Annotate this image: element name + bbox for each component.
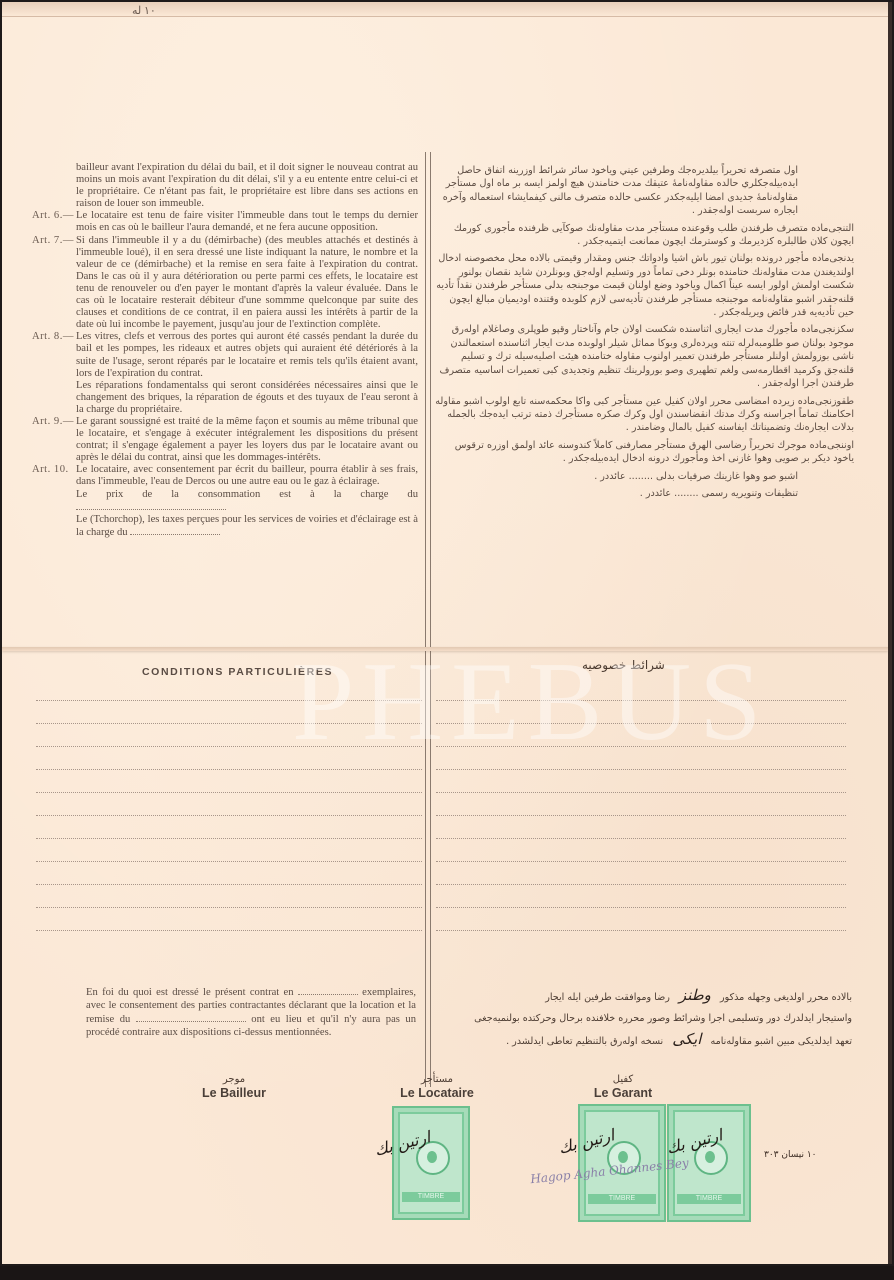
writing-line-ottoman[interactable]	[436, 861, 846, 862]
article-number: Art. 8.—	[32, 331, 76, 416]
handwritten-fill-copies: ايكی	[666, 1029, 707, 1050]
article-6: Art. 6.— Le locataire est tenu de faire …	[32, 210, 418, 234]
margin-date-note: ١٠ نيسان ٣٠٣	[764, 1150, 817, 1160]
stamp-label: TIMBRE	[588, 1194, 656, 1204]
ottoman-article-9: طقوزنجی‌ماده زيرده امضاسی محرر اولان كفي…	[434, 395, 854, 435]
article-8-extra: Les réparations fondamentalss qui seront…	[76, 380, 418, 415]
article-text: Les vitres, clefs et verrous des portes …	[76, 331, 418, 416]
article-text: Le locataire, avec consentement par écri…	[76, 464, 418, 539]
closing-tr-text: بالاده محرر اولديغی وجهله مذكور	[720, 992, 852, 1003]
article-8: Art. 8.— Les vitres, clefs et verrous de…	[32, 331, 418, 416]
writing-line-french[interactable]	[36, 884, 422, 885]
closing-tr-line2: واستيجار ايدلدرك دور وتسليمی اجرا وشرائط…	[442, 1008, 852, 1029]
article-label: التنجی‌ماده	[811, 223, 854, 234]
article-label: طقوزنجی‌ماده	[798, 396, 854, 407]
writing-line-ottoman[interactable]	[436, 723, 846, 724]
article-7: Art. 7.— Si dans l'immeuble il y a du (d…	[32, 235, 418, 332]
ottoman-article-6: التنجی‌ماده متصرف طرفندن طلب وقوعنده مست…	[434, 222, 854, 249]
article-text: مأجورك مدت ايجاری اثناسنده شكست اولان جا…	[439, 324, 854, 389]
writing-line-french[interactable]	[36, 815, 422, 816]
article-9: Art. 9.— Le garant soussigné est traité …	[32, 416, 418, 464]
intro-paragraph: bailleur avant l'expiration du délai du …	[32, 162, 418, 210]
closing-tr-text: نسخه اوله‌رق بالتنظيم تعاطی ايدلشدر .	[506, 1036, 663, 1047]
watermark: PHEBUS	[292, 638, 769, 767]
blank-field-remise[interactable]	[136, 1013, 246, 1022]
signature-bailleur: موجر Le Bailleur	[174, 1074, 294, 1100]
article-10: Art. 10. Le locataire, avec consentement…	[32, 464, 418, 539]
signature-label-ottoman: موجر	[174, 1074, 294, 1086]
paper-fold	[2, 647, 888, 651]
writing-line-french[interactable]	[36, 792, 422, 793]
signature-label-ottoman: مستأجر	[372, 1074, 502, 1086]
top-handwritten-mark: ١٠ له	[132, 4, 156, 17]
closing-tr-text: رضا وموافقت طرفين ايله ايجار	[545, 992, 670, 1003]
article-10-line1: Le prix de la consommation est à la char…	[76, 489, 418, 500]
writing-line-french[interactable]	[36, 746, 422, 747]
ottoman-paragraph-intro: اول متصرفه تحريراً بيلديره‌جك وطرفين عين…	[434, 164, 854, 218]
ottoman-tax-line: تنظيفات وتنويريه رسمی ........ عائددر .	[434, 487, 854, 500]
article-text: Si dans l'immeuble il y a du (démirbache…	[76, 235, 418, 332]
writing-line-french[interactable]	[36, 700, 422, 701]
writing-line-french[interactable]	[36, 769, 422, 770]
blank-field-taxes[interactable]	[130, 526, 220, 535]
blank-field-copies[interactable]	[298, 986, 358, 995]
writing-line-ottoman[interactable]	[436, 700, 846, 701]
stamp-label: TIMBRE	[677, 1194, 741, 1204]
signature-locataire: مستأجر Le Locataire	[372, 1074, 502, 1100]
ottoman-article-7: يدنجی‌ماده مأجور درونده بولنان تيور باش …	[434, 252, 854, 319]
signature-label-french: Le Garant	[568, 1086, 678, 1100]
article-10-text: Le locataire, avec consentement par écri…	[76, 464, 418, 487]
closing-tr-text: تعهد ايدلديكی مبين اشبو مقاوله‌نامه	[710, 1036, 852, 1047]
article-text: مأجور درونده بولنان تيور باش اشيا وادوات…	[436, 253, 854, 318]
writing-line-ottoman[interactable]	[436, 930, 846, 931]
column-divider	[425, 152, 431, 1087]
conditions-title-ottoman: شرائط خصوصيه	[582, 658, 665, 672]
closing-french: En foi du quoi est dressé le présent con…	[86, 986, 416, 1040]
scan-bottom-edge	[0, 1266, 894, 1280]
article-text: Le locataire est tenu de faire visiter l…	[76, 210, 418, 234]
writing-line-ottoman[interactable]	[436, 838, 846, 839]
writing-line-french[interactable]	[36, 838, 422, 839]
ottoman-article-10: اوننجی‌ماده موجرك تحريراً رضاسی الهرق مس…	[434, 439, 854, 466]
signature-label-french: Le Locataire	[372, 1086, 502, 1100]
writing-line-ottoman[interactable]	[436, 769, 846, 770]
article-8-text: Les vitres, clefs et verrous des portes …	[76, 331, 418, 378]
writing-line-ottoman[interactable]	[436, 884, 846, 885]
signature-garant: كفيل Le Garant	[568, 1074, 678, 1100]
writing-line-french[interactable]	[36, 930, 422, 931]
closing-fr-line1: En foi du quoi est dressé le présent con…	[86, 987, 294, 998]
article-text: Le garant soussigné est traité de la mêm…	[76, 416, 418, 464]
blank-field-consumption[interactable]	[76, 501, 226, 510]
closing-tr-line1: بالاده محرر اولديغی وجهله مذكور وطنز رضا…	[442, 985, 852, 1008]
article-10-line2: Le (Tchorchop), les taxes perçues pour l…	[76, 514, 418, 538]
article-label: اوننجی‌ماده	[810, 440, 854, 451]
writing-line-french[interactable]	[36, 723, 422, 724]
writing-line-french[interactable]	[36, 907, 422, 908]
writing-line-ottoman[interactable]	[436, 792, 846, 793]
french-terms-column: bailleur avant l'expiration du délai du …	[32, 162, 418, 539]
article-text: متصرف طرفندن طلب وقوعنده مستأجر مدت مقاو…	[454, 223, 854, 247]
article-label: سكزنجی‌ماده	[801, 324, 854, 335]
conditions-title-french: CONDITIONS PARTICULIÈRES	[142, 666, 333, 678]
writing-line-ottoman[interactable]	[436, 907, 846, 908]
ottoman-terms-column: اول متصرفه تحريراً بيلديره‌جك وطرفين عين…	[434, 164, 854, 504]
contract-sheet: ١٠ له bailleur avant l'expiration du dél…	[2, 2, 892, 1264]
revenue-stamp-locataire: TIMBRE	[392, 1106, 470, 1220]
article-number: Art. 9.—	[32, 416, 76, 464]
closing-ottoman: بالاده محرر اولديغی وجهله مذكور وطنز رضا…	[442, 985, 852, 1052]
writing-line-french[interactable]	[36, 861, 422, 862]
article-text: موجرك تحريراً رضاسی الهرق مستأجر مصارفنی…	[455, 440, 854, 464]
closing-tr-line3: تعهد ايدلديكی مبين اشبو مقاوله‌نامه ايكی…	[442, 1029, 852, 1052]
signature-label-french: Le Bailleur	[174, 1086, 294, 1100]
article-number: Art. 10.	[32, 464, 76, 539]
writing-line-ottoman[interactable]	[436, 746, 846, 747]
article-label: يدنجی‌ماده	[812, 253, 854, 264]
signature-label-ottoman: كفيل	[568, 1074, 678, 1086]
article-text: زيرده امضاسی محرر اولان كفيل عين مستأجر …	[435, 396, 854, 434]
writing-line-ottoman[interactable]	[436, 815, 846, 816]
ottoman-article-8: سكزنجی‌ماده مأجورك مدت ايجاری اثناسنده ش…	[434, 323, 854, 390]
stamp-label: TIMBRE	[402, 1192, 460, 1202]
ottoman-gas-line: اشبو صو وهوا غازينك صرفيات بدلی ........…	[434, 470, 854, 483]
article-number: Art. 6.—	[32, 210, 76, 234]
article-number: Art. 7.—	[32, 235, 76, 332]
handwritten-fill-property: وطنز	[673, 985, 717, 1006]
